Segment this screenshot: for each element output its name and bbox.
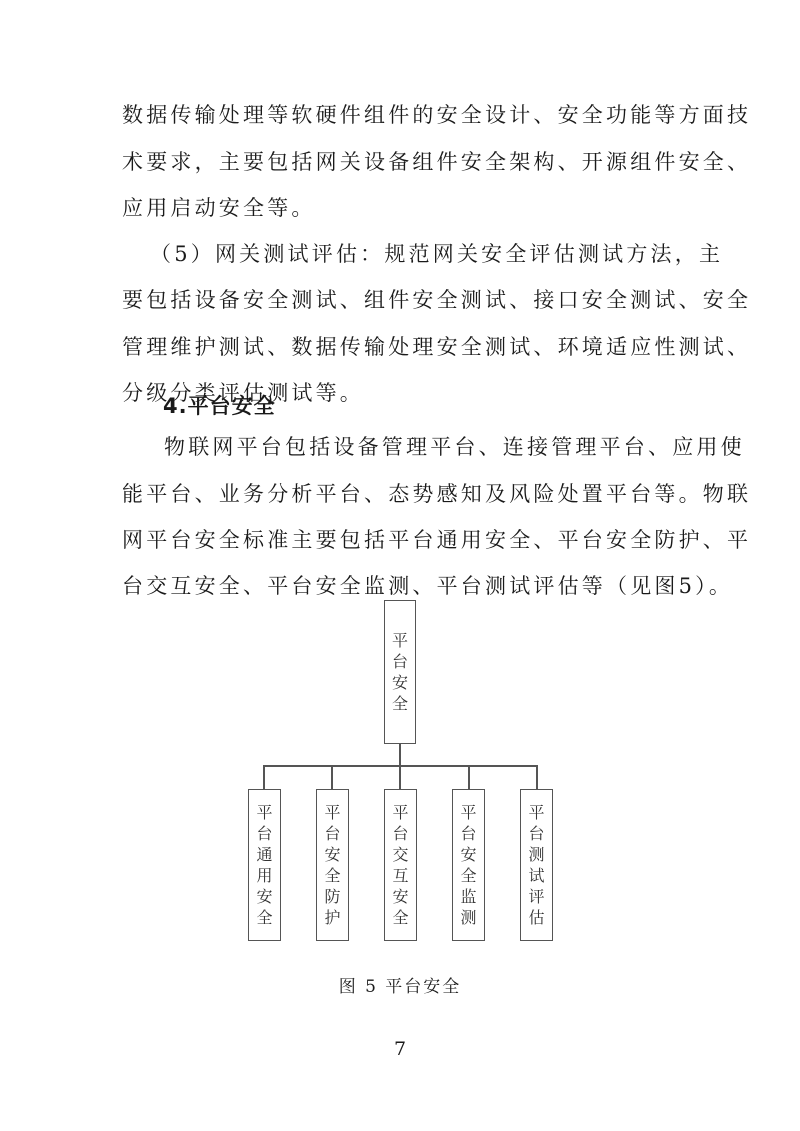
- node-char: 试: [528, 865, 544, 886]
- node-char: 平: [528, 802, 544, 823]
- text-line: 要包括设备安全测试、组件安全测试、接口安全测试、安全: [122, 286, 682, 314]
- document-page: 数据传输处理等软硬件组件的安全设计、安全功能等方面技 术要求，主要包括网关设备组…: [0, 0, 800, 1131]
- node-char: 台: [392, 823, 408, 844]
- node-char: 互: [392, 865, 408, 886]
- text-line: 物联网平台包括设备管理平台、连接管理平台、应用使: [164, 433, 724, 461]
- diagram-child-node: 平 台 通 用 安 全: [248, 789, 281, 941]
- node-char: 测: [460, 907, 476, 928]
- figure-caption: 图 5 平台安全: [0, 972, 800, 997]
- text-line: 网平台安全标准主要包括平台通用安全、平台安全防护、平: [122, 526, 682, 554]
- connector-line: [399, 765, 401, 789]
- text-line: 数据传输处理等软硬件组件的安全设计、安全功能等方面技: [122, 101, 682, 129]
- diagram-child-node: 平 台 测 试 评 估: [520, 789, 553, 941]
- connector-line: [331, 765, 333, 789]
- node-char: 安: [256, 886, 272, 907]
- node-char: 全: [460, 865, 476, 886]
- node-char: 台: [392, 651, 408, 672]
- diagram-child-node: 平 台 交 互 安 全: [384, 789, 417, 941]
- node-char: 安: [460, 844, 476, 865]
- node-char: 平: [324, 802, 340, 823]
- node-char: 通: [256, 844, 272, 865]
- node-char: 安: [324, 844, 340, 865]
- node-char: 台: [528, 823, 544, 844]
- node-char: 用: [256, 865, 272, 886]
- node-char: 平: [460, 802, 476, 823]
- node-char: 全: [324, 865, 340, 886]
- text-line: （5）网关测试评估：规范网关安全评估测试方法，主: [150, 240, 710, 268]
- node-char: 估: [528, 907, 544, 928]
- node-char: 全: [392, 907, 408, 928]
- text-line: 台交互安全、平台安全监测、平台测试评估等（见图5）。: [122, 572, 682, 600]
- node-char: 护: [324, 907, 340, 928]
- node-char: 台: [324, 823, 340, 844]
- node-char: 台: [460, 823, 476, 844]
- connector-line: [536, 765, 538, 789]
- connector-line: [263, 765, 265, 789]
- node-char: 防: [324, 886, 340, 907]
- node-char: 平: [256, 802, 272, 823]
- section-heading: 4.平台安全: [163, 392, 723, 420]
- connector-line: [399, 743, 401, 765]
- node-char: 交: [392, 844, 408, 865]
- node-char: 安: [392, 672, 408, 693]
- diagram-child-node: 平 台 安 全 监 测: [452, 789, 485, 941]
- page-number: 7: [0, 1038, 800, 1060]
- node-char: 全: [256, 907, 272, 928]
- node-char: 测: [528, 844, 544, 865]
- connector-line: [468, 765, 470, 789]
- node-char: 评: [528, 886, 544, 907]
- text-line: 应用启动安全等。: [122, 194, 682, 222]
- node-char: 安: [392, 886, 408, 907]
- node-char: 平: [392, 802, 408, 823]
- node-char: 全: [392, 693, 408, 714]
- node-char: 台: [256, 823, 272, 844]
- text-line: 术要求，主要包括网关设备组件安全架构、开源组件安全、: [122, 148, 682, 176]
- node-char: 监: [460, 886, 476, 907]
- text-line: 能平台、业务分析平台、态势感知及风险处置平台等。物联: [122, 480, 682, 508]
- diagram-root-node: 平 台 安 全: [384, 600, 416, 744]
- node-char: 平: [392, 630, 408, 651]
- text-line: 管理维护测试、数据传输处理安全测试、环境适应性测试、: [122, 333, 682, 361]
- diagram-child-node: 平 台 安 全 防 护: [316, 789, 349, 941]
